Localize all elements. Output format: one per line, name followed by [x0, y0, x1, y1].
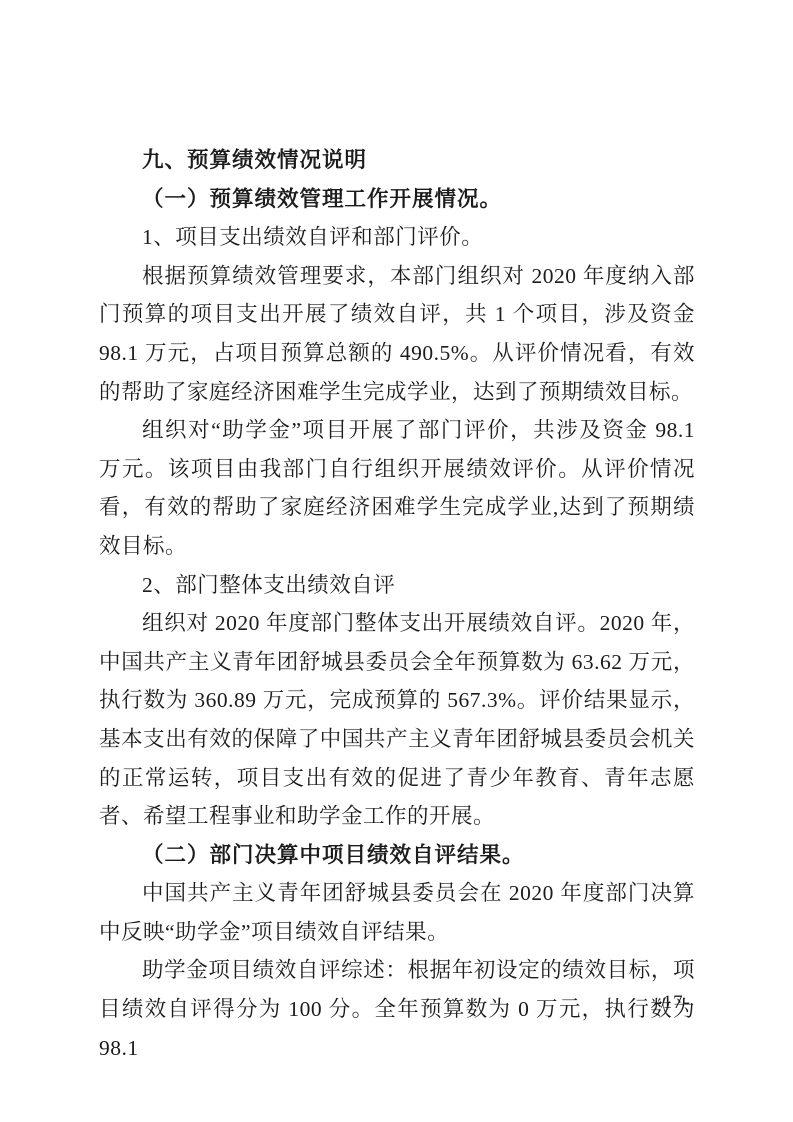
section-heading: （一）预算绩效管理工作开展情况。 [99, 180, 695, 219]
page-number: -17- [99, 991, 691, 1015]
document-page: 九、预算绩效情况说明 （一）预算绩效管理工作开展情况。 1、项目支出绩效自评和部… [0, 0, 793, 1122]
paragraph: 2、部门整体支出绩效自评 [99, 566, 695, 605]
section-heading: 九、预算绩效情况说明 [99, 141, 695, 180]
section-heading: （二）部门决算中项目绩效自评结果。 [99, 836, 695, 875]
paragraph: 组织对“助学金”项目开展了部门评价，共涉及资金 98.1 万元。该项目由我部门自… [99, 411, 695, 565]
paragraph: 组织对 2020 年度部门整体支出开展绩效自评。2020 年，中国共产主义青年团… [99, 604, 695, 836]
paragraph: 1、项目支出绩效自评和部门评价。 [99, 218, 695, 257]
paragraph: 根据预算绩效管理要求，本部门组织对 2020 年度纳入部门预算的项目支出开展了绩… [99, 257, 695, 411]
paragraph: 中国共产主义青年团舒城县委员会在 2020 年度部门决算中反映“助学金”项目绩效… [99, 874, 695, 951]
document-body: 九、预算绩效情况说明 （一）预算绩效管理工作开展情况。 1、项目支出绩效自评和部… [99, 141, 695, 1067]
